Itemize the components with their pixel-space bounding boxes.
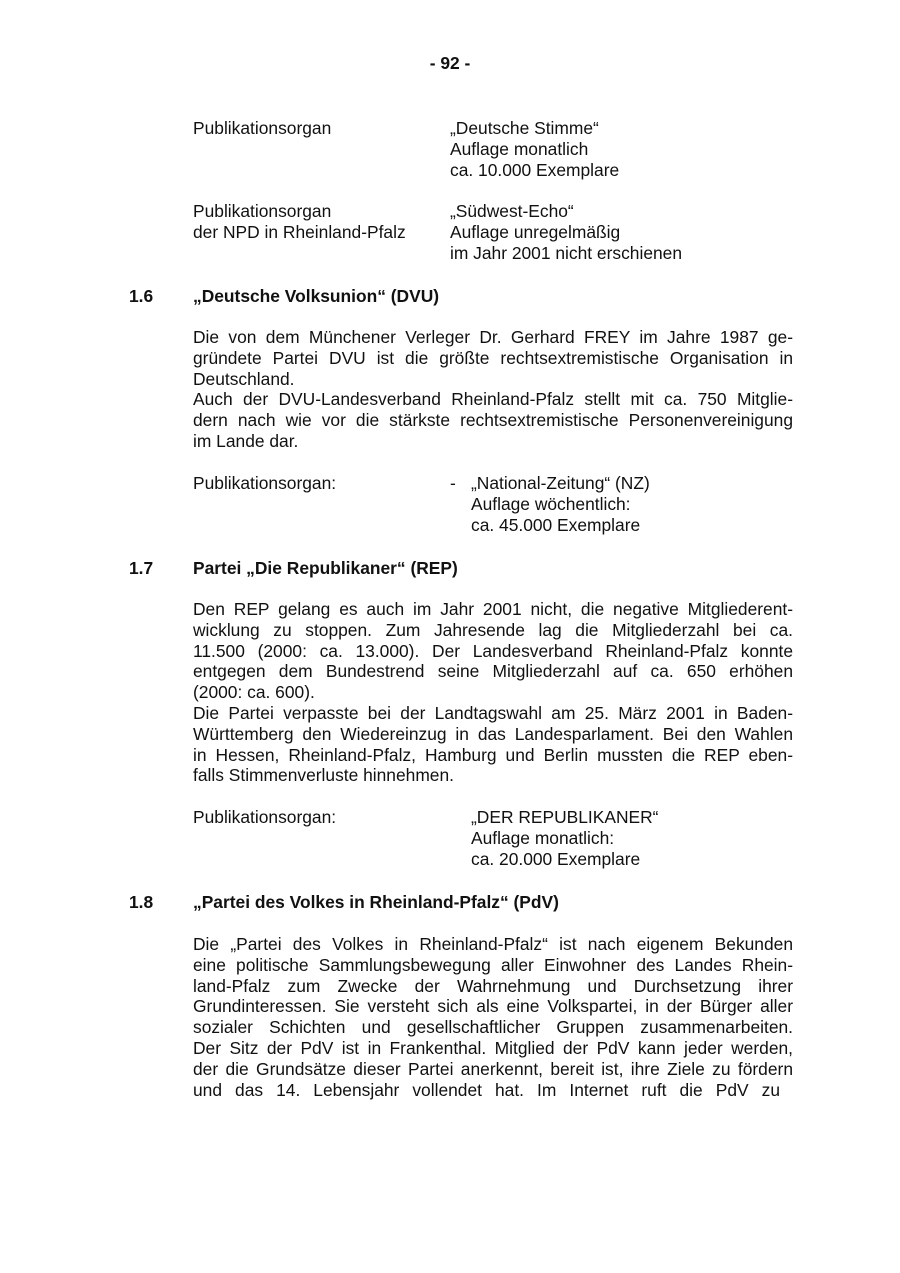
section-number: 1.8 <box>129 892 153 913</box>
publication-label: Publikationsorgan der NPD in Rheinland-P… <box>193 201 406 243</box>
publication-label: Publikationsorgan: <box>193 473 336 494</box>
bullet-dash: - <box>450 473 456 494</box>
publication-details: „National-Zeitung“ (NZ) Auflage wöchentl… <box>471 473 650 535</box>
publication-label: Publikationsorgan <box>193 118 331 139</box>
page-number: - 92 - <box>0 53 900 74</box>
section-title: Partei „Die Republikaner“ (REP) <box>193 558 458 579</box>
publication-details: „Südwest-Echo“ Auflage unregelmäßig im J… <box>450 201 682 263</box>
section-title: „Partei des Volkes in Rheinland-Pfalz“ (… <box>193 892 559 913</box>
publication-details: „Deutsche Stimme“ Auflage monatlich ca. … <box>450 118 619 180</box>
section-title: „Deutsche Volksunion“ (DVU) <box>193 286 439 307</box>
section-paragraph-dvu: Die von dem Münchener Verleger Dr. Gerha… <box>193 327 793 452</box>
section-number: 1.6 <box>129 286 153 307</box>
section-paragraph-pdv: Die „Partei des Volkes in Rheinland-Pfal… <box>193 934 793 1100</box>
publication-label: Publikationsorgan: <box>193 807 336 828</box>
section-number: 1.7 <box>129 558 153 579</box>
publication-details: „DER REPUBLIKANER“ Auflage monatlich: ca… <box>471 807 658 869</box>
section-paragraph-rep: Den REP gelang es auch im Jahr 2001 nich… <box>193 599 793 786</box>
